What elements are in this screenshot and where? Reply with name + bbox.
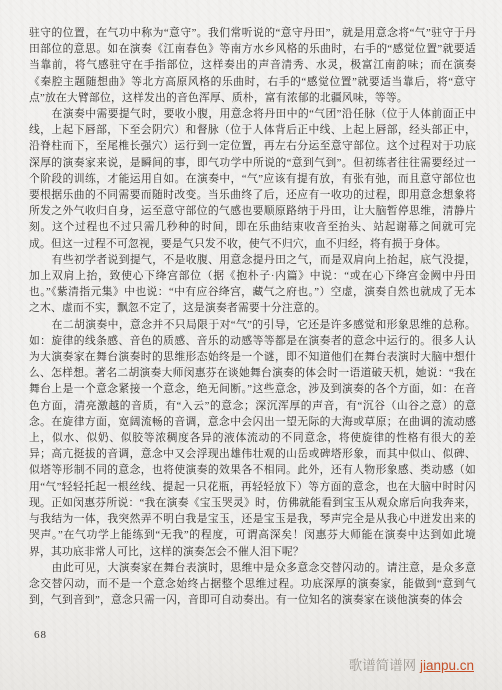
paragraph: 在二胡演奏中，意念并不只局限于对“气”的引导，它还是许多感觉和形象思维的总称。如… xyxy=(29,317,476,560)
page-number: 68 xyxy=(34,629,47,641)
watermark-site-link[interactable]: jianpu.cn xyxy=(420,658,474,673)
paragraph: 有些初学者说到提气，不是收腹、用意念提丹田之气，而是双肩向上抬起，底气没提，加上… xyxy=(29,252,476,317)
watermark-site-name: 歌谱简谱网 xyxy=(349,658,417,673)
paragraph: 在演奏中需要提气时，要收小腹，用意念将丹田中的“气团”沿任脉（位于人体前面正中线… xyxy=(29,106,476,252)
paragraph: 由此可见，大演奏家在舞台表演时，思维中是众多意念交替闪动的。请注意，是众多意念交… xyxy=(29,560,476,609)
paragraph: 驻守的位置，在气功中称为“意守”。我们常听说的“意守丹田”，就是用意念将“气”驻… xyxy=(29,25,476,106)
watermark: 歌谱简谱网 jianpu.cn xyxy=(349,654,474,674)
page-body-text: 驻守的位置，在气功中称为“意守”。我们常听说的“意守丹田”，就是用意念将“气”驻… xyxy=(29,25,476,608)
